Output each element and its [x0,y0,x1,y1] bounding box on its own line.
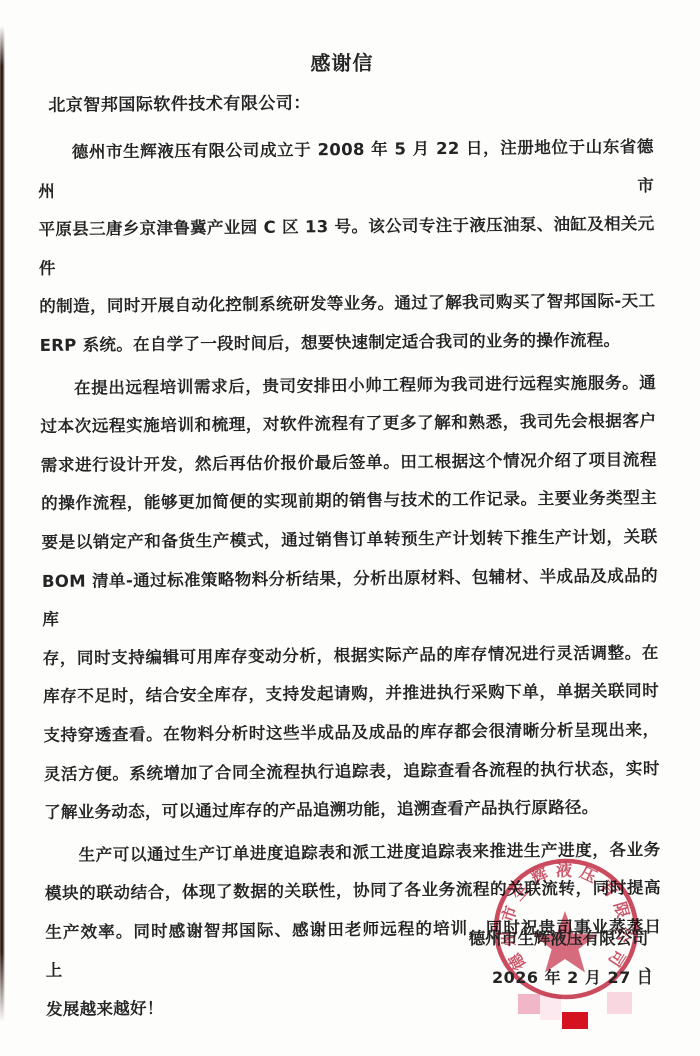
redaction-mark [562,1012,588,1029]
signature-company: 德州市生辉液压有限公司 [469,925,648,949]
scanned-letter-page: 感谢信 北京智邦国际软件技术有限公司： 德州市生辉液压有限公司成立于 2008 … [0,0,700,1056]
signature-date: 2026 年 2 月 27 日 [492,965,653,988]
